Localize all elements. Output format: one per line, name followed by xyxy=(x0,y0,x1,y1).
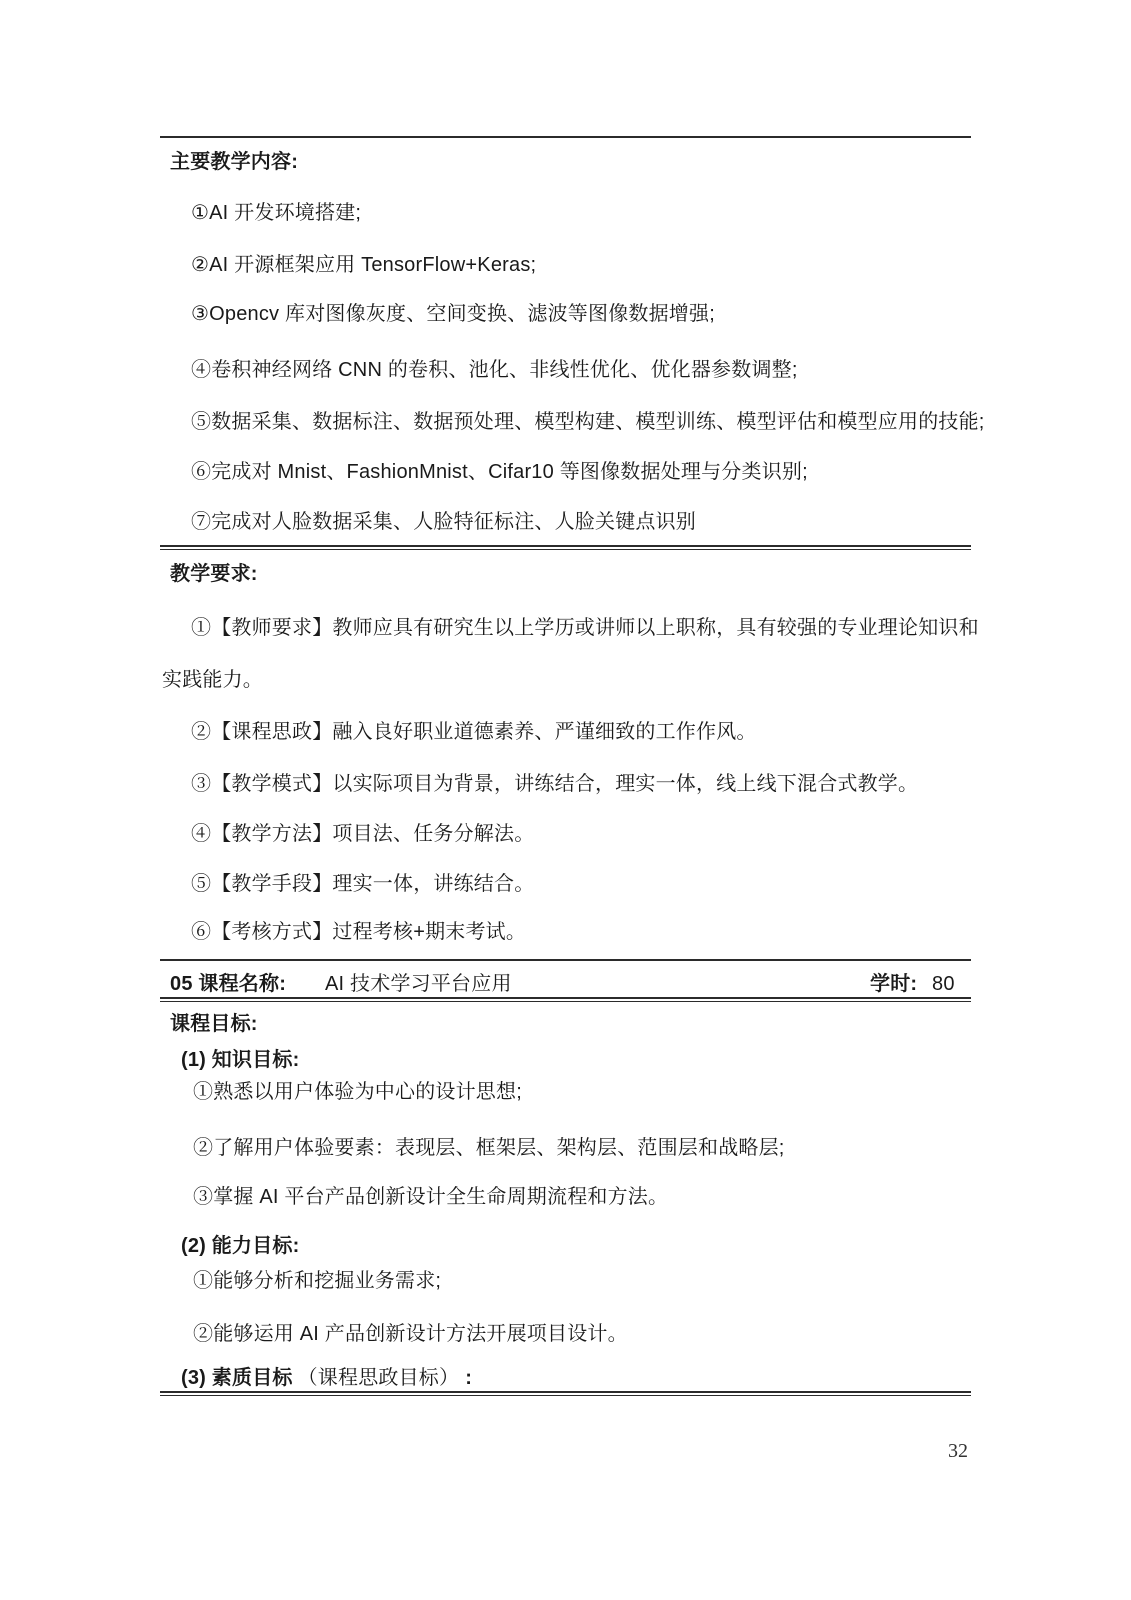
teaching-requirements-item-1-line-2: 实践能力。 xyxy=(162,666,263,694)
course-hours-label: 学时: xyxy=(870,970,917,998)
ability-objectives-title: (2) 能力目标: xyxy=(181,1232,299,1260)
teaching-requirements-item-3: ③【教学模式】以实际项目为背景，讲练结合，理实一体，线上线下混合式教学。 xyxy=(191,770,918,798)
course-row-rule-bottom xyxy=(160,997,971,1002)
teaching-requirements-item-5: ⑤【教学手段】理实一体，讲练结合。 xyxy=(191,870,534,898)
teaching-content-item-4: ④卷积神经网络 CNN 的卷积、池化、非线性优化、优化器参数调整; xyxy=(191,356,798,384)
page-number: 32 xyxy=(948,1440,968,1463)
knowledge-objective-2: ②了解用户体验要素：表现层、框架层、架构层、范围层和战略层; xyxy=(193,1134,785,1162)
section-rule-top xyxy=(160,136,971,138)
teaching-content-title: 主要教学内容: xyxy=(170,148,298,176)
knowledge-objectives-title: (1) 知识目标: xyxy=(181,1046,299,1074)
course-index-label: 05 课程名称: xyxy=(170,970,286,998)
quality-objectives-title-bold: (3) 素质目标 xyxy=(181,1367,293,1389)
document-page: 主要教学内容: ①AI 开发环境搭建; ②AI 开源框架应用 TensorFlo… xyxy=(0,0,1131,1600)
quality-objectives-title: (3) 素质目标（课程思政目标）: xyxy=(181,1364,472,1392)
teaching-content-item-5: ⑤数据采集、数据标注、数据预处理、模型构建、模型训练、模型评估和模型应用的技能; xyxy=(191,408,985,436)
ability-objective-2: ②能够运用 AI 产品创新设计方法开展项目设计。 xyxy=(193,1320,628,1348)
course-row-rule-top xyxy=(160,959,971,961)
teaching-requirements-item-4: ④【教学方法】项目法、任务分解法。 xyxy=(191,820,534,848)
course-name: AI 技术学习平台应用 xyxy=(325,970,512,998)
teaching-requirements-item-2: ②【课程思政】融入良好职业道德素养、严谨细致的工作作风。 xyxy=(191,718,757,746)
teaching-content-item-2: ②AI 开源框架应用 TensorFlow+Keras; xyxy=(191,251,536,279)
teaching-content-item-6: ⑥完成对 Mnist、FashionMnist、Cifar10 等图像数据处理与… xyxy=(191,458,808,486)
course-objectives-title: 课程目标: xyxy=(170,1010,258,1038)
knowledge-objective-3: ③掌握 AI 平台产品创新设计全生命周期流程和方法。 xyxy=(193,1183,668,1211)
quality-objectives-title-serif: （课程思政目标） xyxy=(298,1367,460,1389)
knowledge-objective-1: ①熟悉以用户体验为中心的设计思想; xyxy=(193,1078,522,1106)
teaching-requirements-item-6: ⑥【考核方式】过程考核+期末考试。 xyxy=(191,918,526,946)
teaching-requirements-title: 教学要求: xyxy=(170,560,258,588)
section-rule-bottom xyxy=(160,1391,971,1396)
teaching-content-item-3: ③Opencv 库对图像灰度、空间变换、滤波等图像数据增强; xyxy=(191,300,715,328)
quality-objectives-title-colon: : xyxy=(465,1367,472,1389)
teaching-requirements-item-1-line-1: ①【教师要求】教师应具有研究生以上学历或讲师以上职称，具有较强的专业理论知识和 xyxy=(191,614,979,642)
section-rule-requirements xyxy=(160,545,971,550)
teaching-content-item-7: ⑦完成对人脸数据采集、人脸特征标注、人脸关键点识别 xyxy=(191,508,696,536)
ability-objective-1: ①能够分析和挖掘业务需求; xyxy=(193,1267,441,1295)
course-hours-value: 80 xyxy=(932,970,955,998)
teaching-content-item-1: ①AI 开发环境搭建; xyxy=(191,199,361,227)
